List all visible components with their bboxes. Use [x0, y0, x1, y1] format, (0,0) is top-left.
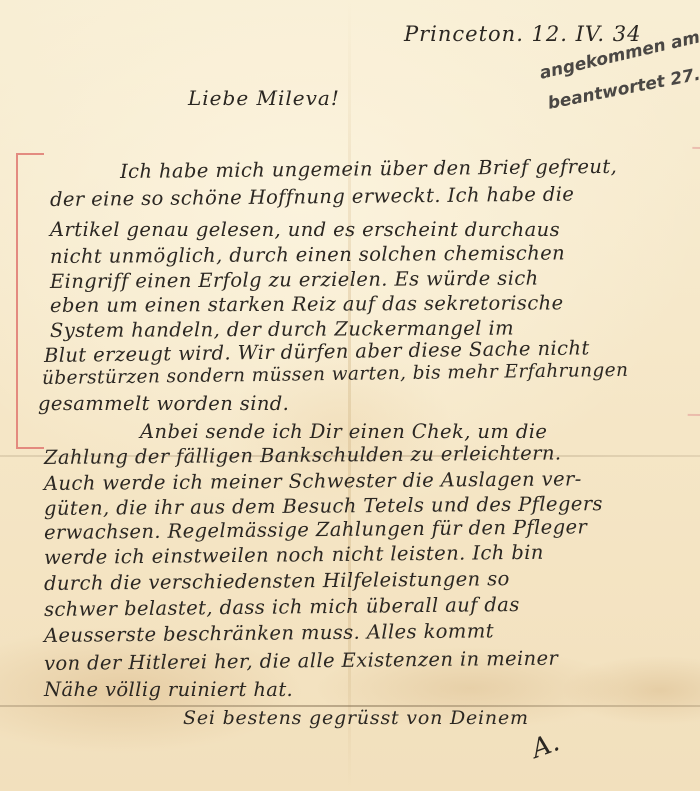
closing-line: Sei bestens gegrüsst von Deinem [183, 707, 529, 729]
letter-line: nicht unmöglich, durch einen solchen che… [50, 241, 565, 268]
letter-line: Aeusserste beschränken muss. Alles kommt [44, 619, 494, 647]
red-margin-bracket-right [688, 147, 700, 416]
letter-line: gesammelt worden sind. [38, 392, 289, 415]
letter-line: Zahlung der fälligen Bankschulden zu erl… [44, 441, 562, 469]
letter-line: der eine so schöne Hoffnung erweckt. Ich… [50, 183, 575, 211]
letter-line: Eingriff einen Erfolg zu erzielen. Es wü… [50, 267, 539, 293]
letter-line: von der Hitlerei her, die alle Existenze… [44, 647, 558, 675]
place-and-date: Princeton. 12. IV. 34 [404, 22, 642, 46]
letter-line: Anbei sende ich Dir einen Chek, um die [140, 420, 547, 443]
vertical-fold-line [348, 0, 351, 791]
letter-line: werde ich einstweilen noch nicht leisten… [44, 541, 544, 569]
letter-line: Nähe völlig ruiniert hat. [44, 678, 293, 701]
letter-line: Artikel genau gelesen, und es erscheint … [50, 218, 560, 241]
letter-line: durch die verschiedensten Hilfeleistunge… [44, 567, 510, 595]
letter-line: erwachsen. Regelmässige Zahlungen für de… [44, 515, 587, 544]
signature: A. [528, 727, 564, 764]
letter-line: eben um einen starken Reiz auf das sekre… [50, 291, 564, 317]
letter-line: Auch werde ich meiner Schwester die Ausl… [44, 467, 582, 495]
letter-line: Ich habe mich ungemein über den Brief ge… [120, 155, 617, 183]
salutation: Liebe Mileva! [188, 86, 340, 110]
letter-line: schwer belastet, dass ich mich überall a… [44, 593, 520, 621]
letter-scan: Princeton. 12. IV. 34 angekommen am 26 b… [0, 0, 700, 791]
